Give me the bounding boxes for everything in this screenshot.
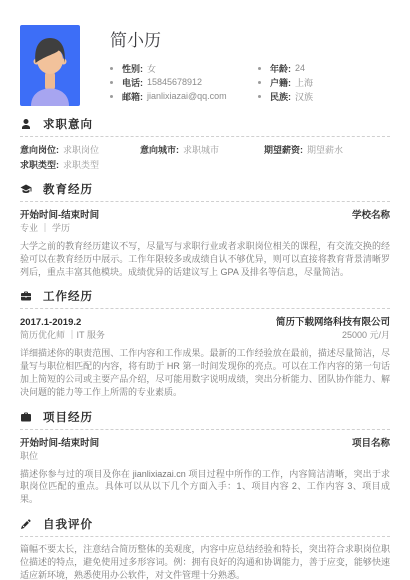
contact-value: 上海 bbox=[295, 76, 313, 89]
education-description: 大学之前的教育经历建议不写，尽量写与求职行业或者求职岗位相关的课程，有交流交换的… bbox=[20, 240, 390, 278]
contact-label: 民族: bbox=[270, 90, 291, 103]
contact-value: jianlixiazai@qq.com bbox=[147, 91, 227, 101]
section-education: 教育经历 开始时间-结束时间 学校名称 专业 ｜ 学历 大学之前的教育经历建议不… bbox=[20, 182, 390, 278]
contact-value: 女 bbox=[147, 62, 156, 75]
field-value: 求职岗位 bbox=[63, 145, 99, 156]
contact-label: 年龄: bbox=[270, 62, 291, 75]
field-expected-salary: 期望薪资: 期望薪水 bbox=[264, 145, 390, 156]
contact-value: 15845678912 bbox=[147, 77, 202, 87]
contact-column-right: 年龄: 24 户籍: 上海 民族: 汉族 bbox=[258, 61, 390, 103]
section-title: 项目经历 bbox=[43, 409, 93, 425]
contact-row-gender: 性别: 女 bbox=[110, 61, 258, 75]
field-value: 求职类型 bbox=[63, 160, 99, 171]
intention-fields: 意向岗位: 求职岗位 意向城市: 求职城市 期望薪资: 期望薪水 求职类型: 求… bbox=[20, 145, 390, 171]
field-value: 期望薪水 bbox=[307, 145, 343, 156]
project-name: 项目名称 bbox=[352, 438, 390, 449]
dashed-divider bbox=[20, 201, 390, 202]
education-major-degree: 专业 ｜ 学历 bbox=[20, 223, 70, 234]
project-description: 描述你参与过的项目及你在 jianlixiazai.cn 项目过程中所作的工作，… bbox=[20, 468, 390, 506]
dashed-divider bbox=[20, 136, 390, 137]
contact-label: 电话: bbox=[122, 76, 143, 89]
section-title: 自我评价 bbox=[43, 516, 93, 532]
education-period: 开始时间-结束时间 bbox=[20, 210, 99, 221]
user-icon bbox=[20, 118, 32, 130]
section-title: 求职意向 bbox=[43, 116, 93, 132]
work-salary: 25000 元/月 bbox=[342, 330, 390, 341]
avatar-illustration bbox=[20, 25, 80, 106]
contact-value: 汉族 bbox=[295, 90, 313, 103]
section-job-intention: 求职意向 意向岗位: 求职岗位 意向城市: 求职城市 期望薪资: 期望薪水 求职… bbox=[20, 117, 390, 171]
education-entry-head: 开始时间-结束时间 学校名称 bbox=[20, 210, 390, 221]
field-label: 期望薪资: bbox=[264, 145, 303, 156]
project-position: 职位 bbox=[20, 451, 38, 462]
bullet-dot-icon bbox=[258, 81, 261, 84]
person-name: 简小历 bbox=[110, 30, 390, 52]
dashed-divider bbox=[20, 429, 390, 430]
work-description: 详细描述你的职责范围、工作内容和工作成果。最新的工作经验放在最前，描述尽量简洁，… bbox=[20, 347, 390, 398]
contact-label: 性别: bbox=[122, 62, 143, 75]
work-entry-sub: 简历优化师 ｜IT 服务 25000 元/月 bbox=[20, 330, 390, 341]
section-project-experience: 项目经历 开始时间-结束时间 项目名称 职位 描述你参与过的项目及你在 jian… bbox=[20, 410, 390, 506]
contact-row-residence: 户籍: 上海 bbox=[258, 75, 390, 89]
section-header: 教育经历 bbox=[20, 182, 390, 196]
work-period: 2017.1-2019.2 bbox=[20, 317, 81, 328]
resume-header: 简小历 性别: 女 电话: 15845678912 邮箱: bbox=[20, 25, 390, 106]
project-entry-sub: 职位 bbox=[20, 451, 390, 462]
section-header: 求职意向 bbox=[20, 117, 390, 131]
contact-value: 24 bbox=[295, 63, 305, 73]
work-position-industry: 简历优化师 ｜IT 服务 bbox=[20, 330, 105, 341]
bullet-dot-icon bbox=[258, 95, 261, 98]
contact-row-age: 年龄: 24 bbox=[258, 61, 390, 75]
briefcase-icon bbox=[20, 411, 32, 423]
field-label: 求职类型: bbox=[20, 160, 59, 171]
work-company: 简历下载网络科技有限公司 bbox=[276, 317, 390, 328]
contact-row-phone: 电话: 15845678912 bbox=[110, 75, 258, 89]
section-self-evaluation: 自我评价 篇幅不要太长，注意结合简历整体的美观度，内容中应总结经验和特长，突出符… bbox=[20, 517, 390, 580]
field-label: 意向岗位: bbox=[20, 145, 59, 156]
bullet-dot-icon bbox=[110, 81, 113, 84]
section-header: 项目经历 bbox=[20, 410, 390, 424]
education-school: 学校名称 bbox=[352, 210, 390, 221]
contact-label: 邮箱: bbox=[122, 90, 143, 103]
briefcase-icon bbox=[20, 290, 32, 302]
pen-icon bbox=[20, 518, 32, 530]
section-header: 自我评价 bbox=[20, 517, 390, 531]
contact-label: 户籍: bbox=[270, 76, 291, 89]
project-entry-head: 开始时间-结束时间 项目名称 bbox=[20, 438, 390, 449]
section-title: 工作经历 bbox=[43, 288, 93, 304]
header-info: 简小历 性别: 女 电话: 15845678912 邮箱: bbox=[110, 25, 390, 106]
field-target-city: 意向城市: 求职城市 bbox=[140, 145, 264, 156]
education-entry-sub: 专业 ｜ 学历 bbox=[20, 223, 390, 234]
field-job-type: 求职类型: 求职类型 bbox=[20, 160, 140, 171]
contact-column-left: 性别: 女 电话: 15845678912 邮箱: jianlixiazai@q… bbox=[110, 61, 258, 103]
bullet-dot-icon bbox=[258, 67, 261, 70]
section-header: 工作经历 bbox=[20, 289, 390, 303]
field-target-position: 意向岗位: 求职岗位 bbox=[20, 145, 140, 156]
graduation-cap-icon bbox=[20, 183, 32, 195]
project-period: 开始时间-结束时间 bbox=[20, 438, 99, 449]
dashed-divider bbox=[20, 536, 390, 537]
contact-row-email: 邮箱: jianlixiazai@qq.com bbox=[110, 89, 258, 103]
bullet-dot-icon bbox=[110, 95, 113, 98]
section-title: 教育经历 bbox=[43, 181, 93, 197]
resume-page: 简小历 性别: 女 电话: 15845678912 邮箱: bbox=[0, 0, 410, 580]
evaluation-description: 篇幅不要太长，注意结合简历整体的美观度，内容中应总结经验和特长，突出符合求职岗位… bbox=[20, 543, 390, 580]
contact-grid: 性别: 女 电话: 15845678912 邮箱: jianlixiazai@q… bbox=[110, 61, 390, 103]
dashed-divider bbox=[20, 308, 390, 309]
bullet-dot-icon bbox=[110, 67, 113, 70]
section-work-experience: 工作经历 2017.1-2019.2 简历下载网络科技有限公司 简历优化师 ｜I… bbox=[20, 289, 390, 398]
profile-photo bbox=[20, 25, 80, 106]
work-entry-head: 2017.1-2019.2 简历下载网络科技有限公司 bbox=[20, 317, 390, 328]
field-label: 意向城市: bbox=[140, 145, 179, 156]
field-value: 求职城市 bbox=[183, 145, 219, 156]
contact-row-ethnicity: 民族: 汉族 bbox=[258, 89, 390, 103]
